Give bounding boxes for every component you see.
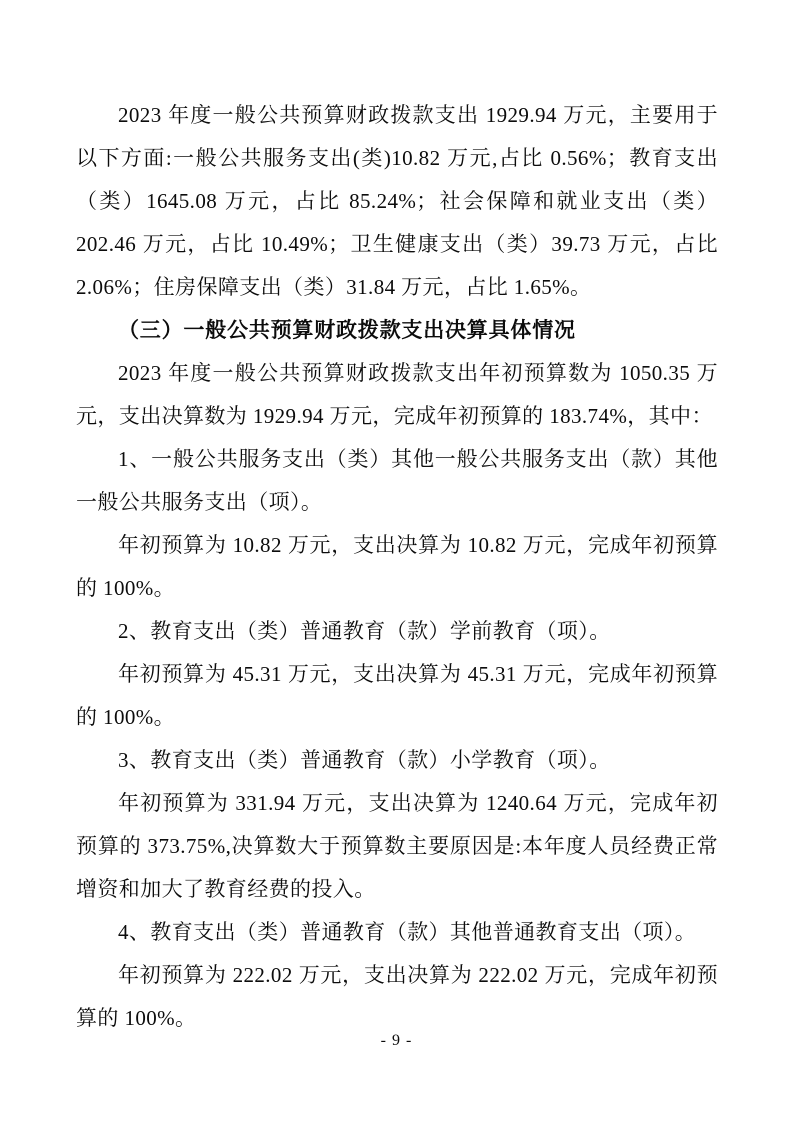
paragraph-item-1-detail: 年初预算为 10.82 万元，支出决算为 10.82 万元，完成年初预算的 10… bbox=[76, 524, 718, 610]
paragraph-item-3-detail: 年初预算为 331.94 万元，支出决算为 1240.64 万元，完成年初预算的… bbox=[76, 782, 718, 911]
paragraph-budget-vs-final: 2023 年度一般公共预算财政拨款支出年初预算数为 1050.35 万元，支出决… bbox=[76, 352, 718, 438]
paragraph-expenditure-overview: 2023 年度一般公共预算财政拨款支出 1929.94 万元，主要用于以下方面:… bbox=[76, 94, 718, 309]
page-number: - 9 - bbox=[0, 1032, 793, 1050]
paragraph-item-1-title: 1、一般公共服务支出（类）其他一般公共服务支出（款）其他一般公共服务支出（项）。 bbox=[76, 438, 718, 524]
document-page: 2023 年度一般公共预算财政拨款支出 1929.94 万元，主要用于以下方面:… bbox=[0, 0, 793, 1122]
section-heading-expenditure-details: （三）一般公共预算财政拨款支出决算具体情况 bbox=[76, 309, 718, 352]
paragraph-item-4-title: 4、教育支出（类）普通教育（款）其他普通教育支出（项）。 bbox=[76, 911, 718, 954]
paragraph-item-4-detail: 年初预算为 222.02 万元，支出决算为 222.02 万元，完成年初预算的 … bbox=[76, 954, 718, 1040]
paragraph-item-2-detail: 年初预算为 45.31 万元，支出决算为 45.31 万元，完成年初预算的 10… bbox=[76, 653, 718, 739]
paragraph-item-3-title: 3、教育支出（类）普通教育（款）小学教育（项）。 bbox=[76, 739, 718, 782]
paragraph-item-2-title: 2、教育支出（类）普通教育（款）学前教育（项）。 bbox=[76, 610, 718, 653]
